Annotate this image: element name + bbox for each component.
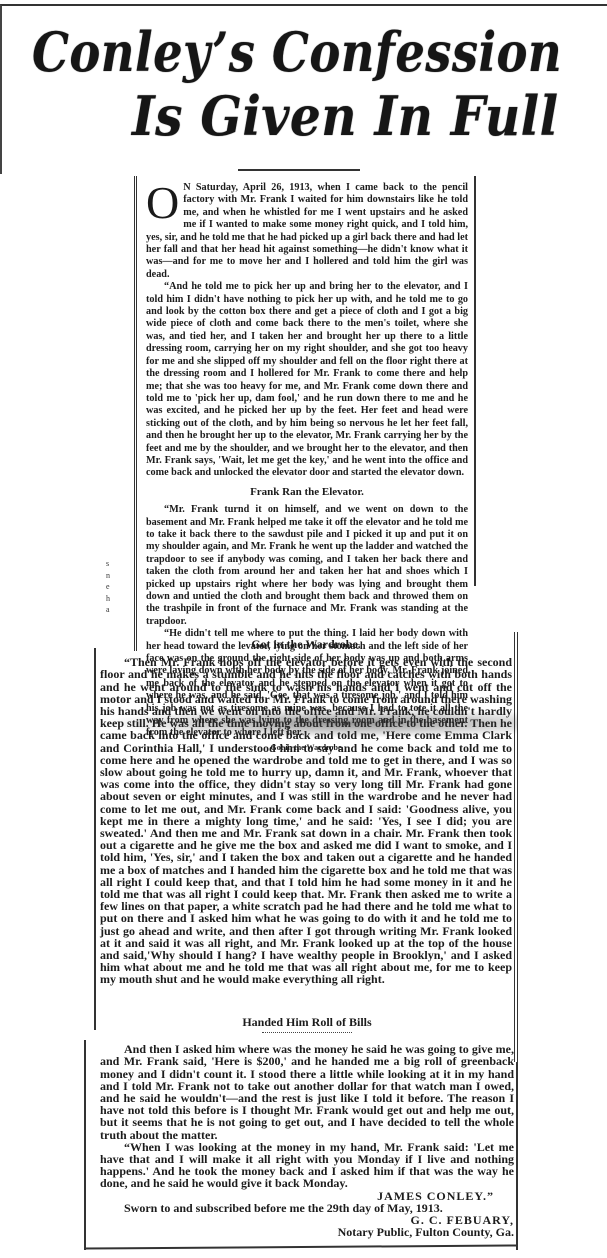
paragraph: “And he told me to pick her up and bring… — [146, 281, 468, 480]
column-border-right — [516, 1062, 518, 1250]
fragment-letter: n — [106, 570, 126, 582]
notary-title: Notary Public, Fulton County, Ga. — [100, 1226, 514, 1238]
column-border-bottom — [84, 1244, 518, 1249]
article-column-3: Handed Him Roll of Bills And then I aske… — [100, 1016, 514, 1238]
headline-line-2: Is Given In Full — [132, 84, 559, 148]
subhead-underline — [262, 1030, 352, 1033]
subhead-handed-him-roll-of-bills: Handed Him Roll of Bills — [100, 1016, 514, 1028]
fragment-letter: s — [106, 558, 126, 570]
fragment-letter: h — [106, 593, 126, 605]
column-border-left — [134, 176, 137, 651]
fragment-letter: a — [106, 604, 126, 616]
column-border-left — [84, 1040, 86, 1250]
adjacent-column-fragment: s n e h a — [106, 558, 126, 616]
paragraph: “When I was looking at the money in my h… — [100, 1141, 514, 1190]
headline-line-1: Conley’s Confession — [32, 20, 562, 84]
column-border-right — [514, 632, 518, 1062]
paragraph-text: N Saturday, April 26, 1913, when I came … — [146, 182, 468, 280]
signature: JAMES CONLEY.” — [100, 1190, 514, 1202]
headline-rule — [238, 169, 360, 171]
subhead-got-in-wardrobe: Got in the Wardrobe. — [100, 638, 512, 650]
fragment-letter: e — [106, 581, 126, 593]
opening-paragraph: ON Saturday, April 26, 1913, when I came… — [146, 182, 468, 281]
headline-box: Conley’s Confession Is Given In Full — [0, 4, 607, 174]
drop-cap: O — [146, 184, 179, 222]
paragraph: “Mr. Frank turnd it on himself, and we w… — [146, 504, 468, 628]
signature-name: JAMES CONLEY.” — [377, 1190, 494, 1202]
paragraph: And then I asked him where was the money… — [100, 1043, 514, 1141]
paragraph: “Then Mr. Frank hops off the elevator be… — [100, 656, 512, 985]
column-border-right — [474, 176, 476, 586]
subhead-frank-ran-elevator: Frank Ran the Elevator. — [146, 486, 468, 498]
column-border-left — [94, 648, 96, 1030]
article-column-2: Got in the Wardrobe. “Then Mr. Frank hop… — [100, 638, 512, 986]
